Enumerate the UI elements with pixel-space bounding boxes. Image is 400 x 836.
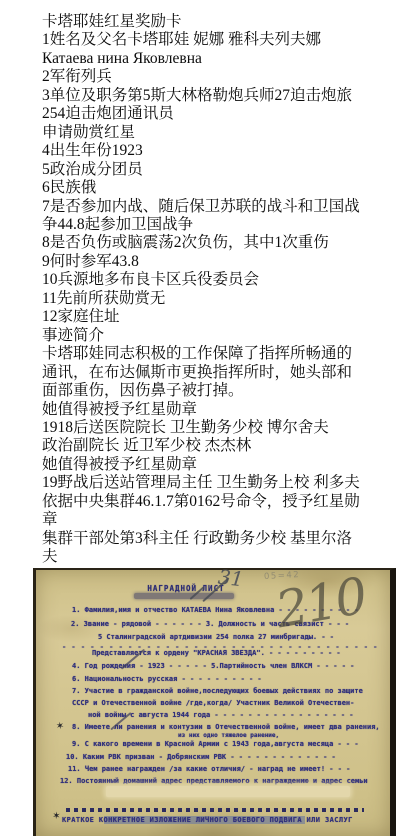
- scan-line: 11. Чем ранее награжден /за какие отличи…: [68, 765, 350, 773]
- scan-line: 4. Год рождения - 1923 - - - - - 5.Парти…: [72, 662, 354, 670]
- transcript-line: 争44.8起参加卫国战争: [42, 216, 392, 234]
- handwritten-number-210: 210: [272, 571, 369, 636]
- transcript-line: 面部重伤，因伤鼻子被打掉。: [42, 382, 392, 400]
- transcript-line: 卡塔耶娃同志积极的工作保障了指挥所畅通的: [42, 345, 392, 363]
- scan-line: 8. Имеете ли ранения и контузии в Отечес…: [72, 723, 380, 731]
- scan-line: КРАТКОЕ КОНКРЕТНОЕ ИЗЛОЖЕНИЕ ЛИЧНОГО БОЕ…: [62, 816, 353, 824]
- scan-line: 10. Каким РВК призван - Добрянским РВК -…: [66, 753, 336, 761]
- transcript-text: 卡塔耶娃红星奖励卡1姓名及父名卡塔耶娃 妮娜 雅科夫列夫娜Катаева нин…: [42, 13, 392, 567]
- transcript-line: 通讯，在布达佩斯市更换指挥所时，她头部和: [42, 364, 392, 382]
- transcript-line: 依据中央集群46.1.7第0162号命令，授予红星勋: [42, 493, 392, 511]
- transcript-line: 她值得被授予红星勋章: [42, 456, 392, 474]
- transcript-line: 夫: [42, 548, 392, 566]
- transcript-line: 政治副院长 近卫军少校 杰杰林: [42, 437, 392, 455]
- transcript-line: 12家庭住址: [42, 308, 392, 326]
- transcript-line: 申请勋赏红星: [42, 124, 392, 142]
- scan-line: Представляется к ордену "КРАСНАЯ ЗВЕЗДА"…: [92, 649, 341, 657]
- transcript-line: 1918后送医院院长 卫生勤务少校 博尔舍夫: [42, 419, 392, 437]
- scan-line: 7. Участие в гражданской войне,последующ…: [72, 687, 363, 695]
- transcript-line: 章: [42, 511, 392, 529]
- transcript-line: 11先前所获勋赏无: [42, 290, 392, 308]
- award-sheet-scan: 1. Фамилия,имя и отчество КАТАЕВА Нина Я…: [33, 568, 396, 836]
- transcript-line: 2军衔列兵: [42, 68, 392, 86]
- transcript-line: 6民族俄: [42, 179, 392, 197]
- scan-line: [66, 808, 364, 812]
- handwritten-star-icon: ✶: [55, 721, 65, 732]
- handwritten-star-icon: ✶: [52, 812, 61, 823]
- transcript-line: 1姓名及父名卡塔耶娃 妮娜 雅科夫列夫娜: [42, 31, 392, 49]
- scan-line: 9. С какого времени в Красной Армии с 19…: [72, 740, 359, 748]
- handwritten-number-31: 31: [217, 567, 244, 590]
- transcript-line: Катаева нина Яковлевна: [42, 50, 392, 68]
- transcript-line: 9何时参军43.8: [42, 253, 392, 271]
- transcript-line: 3单位及职务第5斯大林格勒炮兵师27迫击炮旅: [42, 87, 392, 105]
- scan-line: 6. Национальность русская - - - - - - - …: [72, 675, 262, 683]
- scan-line: СССР и Отечественной войне /где,когда/ У…: [72, 699, 354, 707]
- transcript-line: 5政治成分团员: [42, 161, 392, 179]
- transcript-line: 19野战后送站管理局主任 卫生勤务上校 利多夫: [42, 474, 392, 492]
- transcript-line: 7是否参加内战、随后保卫苏联的战斗和卫国战: [42, 198, 392, 216]
- scan-line: из них одно тяжелое ранение,: [178, 732, 279, 739]
- transcript-line: 事迹简介: [42, 327, 392, 345]
- transcript-line: 254迫击炮团通讯员: [42, 105, 392, 123]
- title-underline-smear: [134, 593, 234, 599]
- redaction-strip: [106, 786, 350, 797]
- transcript-line: 她值得被授予红星勋章: [42, 401, 392, 419]
- transcript-line: 8是否负伤或脑震荡2次负伤，其中1次重伤: [42, 234, 392, 252]
- transcript-line: 10兵源地多布良卡区兵役委员会: [42, 271, 392, 289]
- scan-line: 12. Постоянный домашний адрес представля…: [60, 777, 368, 785]
- transcript-line: 4出生年份1923: [42, 142, 392, 160]
- page: 卡塔耶娃红星奖励卡1姓名及父名卡塔耶娃 妮娜 雅科夫列夫娜Катаева нин…: [0, 0, 400, 836]
- transcript-line: 集群干部处第3科主任 行政勤务少校 基里尔洛: [42, 530, 392, 548]
- transcript-line: 卡塔耶娃红星奖励卡: [42, 13, 392, 31]
